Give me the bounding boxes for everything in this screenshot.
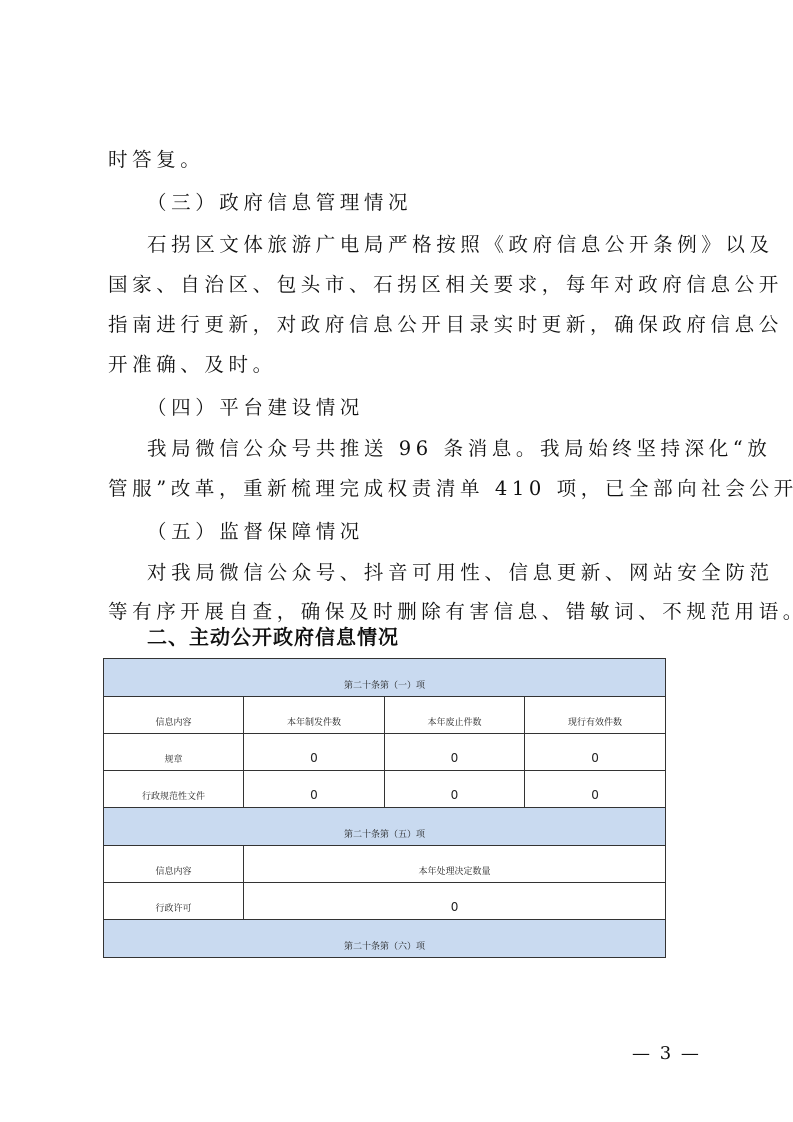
paragraph-line: 时答复。 bbox=[108, 148, 204, 172]
cell-value: 0 bbox=[525, 771, 666, 808]
column-header: 信息内容 bbox=[104, 846, 244, 883]
cell-value: 0 bbox=[525, 734, 666, 771]
section-title: 第二十条第（六）项 bbox=[104, 920, 666, 958]
column-header: 现行有效件数 bbox=[525, 697, 666, 734]
cell-value: 0 bbox=[244, 734, 385, 771]
cell-value: 0 bbox=[385, 734, 525, 771]
row-label: 行政许可 bbox=[104, 883, 244, 920]
column-header: 本年处理决定数量 bbox=[244, 846, 666, 883]
cell-value: 0 bbox=[244, 771, 385, 808]
section-title: 第二十条第（五）项 bbox=[104, 808, 666, 846]
cell-value: 0 bbox=[244, 883, 666, 920]
row-label: 行政规范性文件 bbox=[104, 771, 244, 808]
row-label: 规章 bbox=[104, 734, 244, 771]
paragraph-line: 对我局微信公众号、抖音可用性、信息更新、网站安全防范 bbox=[147, 561, 774, 585]
table-row: 规章 0 0 0 bbox=[104, 734, 666, 771]
section-title: 第二十条第（一）项 bbox=[104, 659, 666, 697]
paragraph-line: 我局微信公众号共推送 96 条消息。我局始终坚持深化“放 bbox=[147, 437, 771, 461]
column-header: 本年废止件数 bbox=[385, 697, 525, 734]
column-header: 信息内容 bbox=[104, 697, 244, 734]
paragraph-line: 石拐区文体旅游广电局严格按照《政府信息公开条例》以及 bbox=[147, 233, 774, 257]
paragraph-line: 等有序开展自查，确保及时删除有害信息、错敏词、不规范用语。 bbox=[108, 600, 793, 624]
subheading-supervision: （五）监督保障情况 bbox=[147, 520, 364, 544]
info-disclosure-table: 第二十条第（一）项 信息内容 本年制发件数 本年废止件数 现行有效件数 规章 0… bbox=[103, 658, 666, 958]
paragraph-line: 管服”改革，重新梳理完成权责清单 410 项，已全部向社会公开。 bbox=[108, 477, 793, 501]
section-heading: 二、主动公开政府信息情况 bbox=[147, 625, 399, 649]
table-row: 行政许可 0 bbox=[104, 883, 666, 920]
cell-value: 0 bbox=[385, 771, 525, 808]
subheading-management: （三）政府信息管理情况 bbox=[147, 191, 412, 215]
page-number: — 3 — bbox=[632, 1043, 701, 1064]
paragraph-line: 国家、自治区、包头市、石拐区相关要求，每年对政府信息公开 bbox=[108, 273, 783, 297]
table-row: 行政规范性文件 0 0 0 bbox=[104, 771, 666, 808]
paragraph-line: 指南进行更新，对政府信息公开目录实时更新，确保政府信息公 bbox=[108, 313, 783, 337]
column-header: 本年制发件数 bbox=[244, 697, 385, 734]
paragraph-line: 开准确、及时。 bbox=[108, 353, 277, 377]
subheading-platform: （四）平台建设情况 bbox=[147, 396, 364, 420]
